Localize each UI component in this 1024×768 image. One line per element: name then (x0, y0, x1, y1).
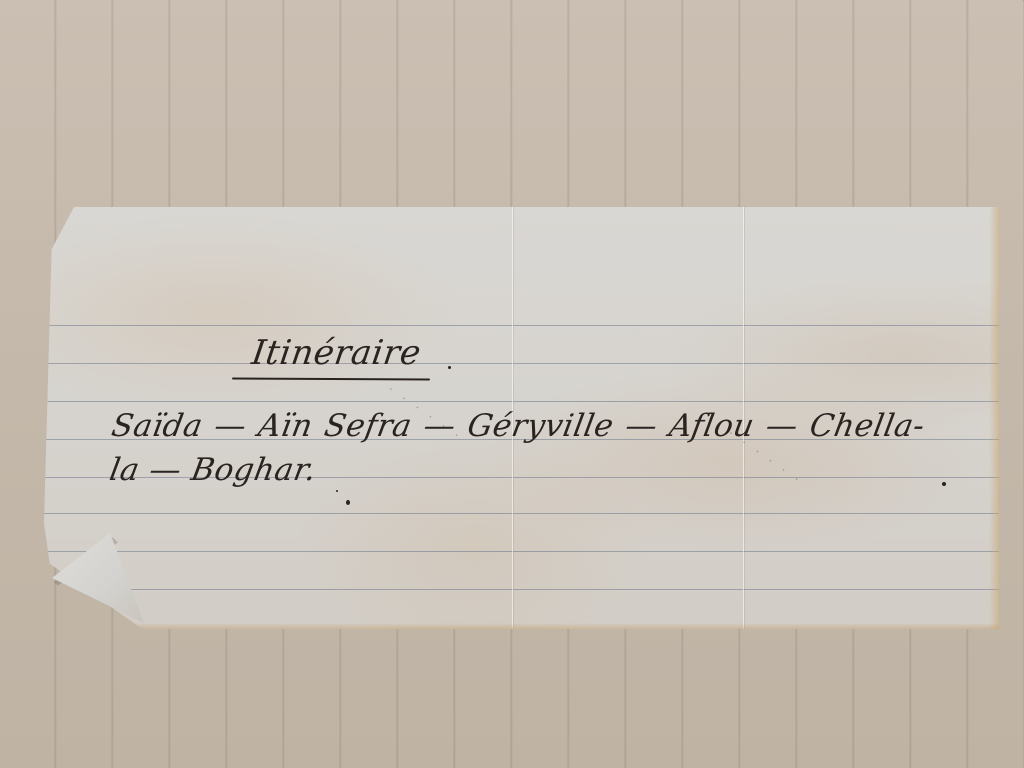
ink-blot (942, 482, 946, 486)
itinerary-line-1: Saïda — Aïn Sefra — Géryville — Aflou — … (109, 408, 928, 444)
background-diagonal-line (951, 0, 1024, 34)
folded-corner (46, 533, 146, 623)
ink-blot (346, 500, 350, 505)
ruled-line (44, 401, 999, 402)
faded-marks: · · · · · · (385, 384, 464, 444)
ink-speck (336, 490, 338, 492)
note-paper (44, 207, 999, 629)
ruled-line (44, 439, 999, 440)
paper-edge-stain (44, 623, 999, 629)
fold-crease (743, 207, 744, 629)
ruled-line (44, 363, 999, 364)
ruled-line (44, 325, 999, 326)
title-underline (232, 377, 430, 380)
itinerary-note: Itinéraire Saïda — Aïn Sefra — Géryville… (0, 0, 1024, 768)
folded-corner-shadow (48, 537, 148, 627)
ruled-line (44, 477, 999, 478)
note-title: Itinéraire (249, 333, 423, 373)
paper-edge-stain (989, 207, 999, 629)
fold-crease (512, 207, 513, 629)
title-period (448, 366, 451, 369)
ruled-line (44, 589, 999, 590)
ruled-line (44, 551, 999, 552)
ruled-line (44, 513, 999, 514)
itinerary-line-2: la — Boghar. (107, 452, 319, 488)
faded-marks: · · · · · · (725, 428, 804, 488)
